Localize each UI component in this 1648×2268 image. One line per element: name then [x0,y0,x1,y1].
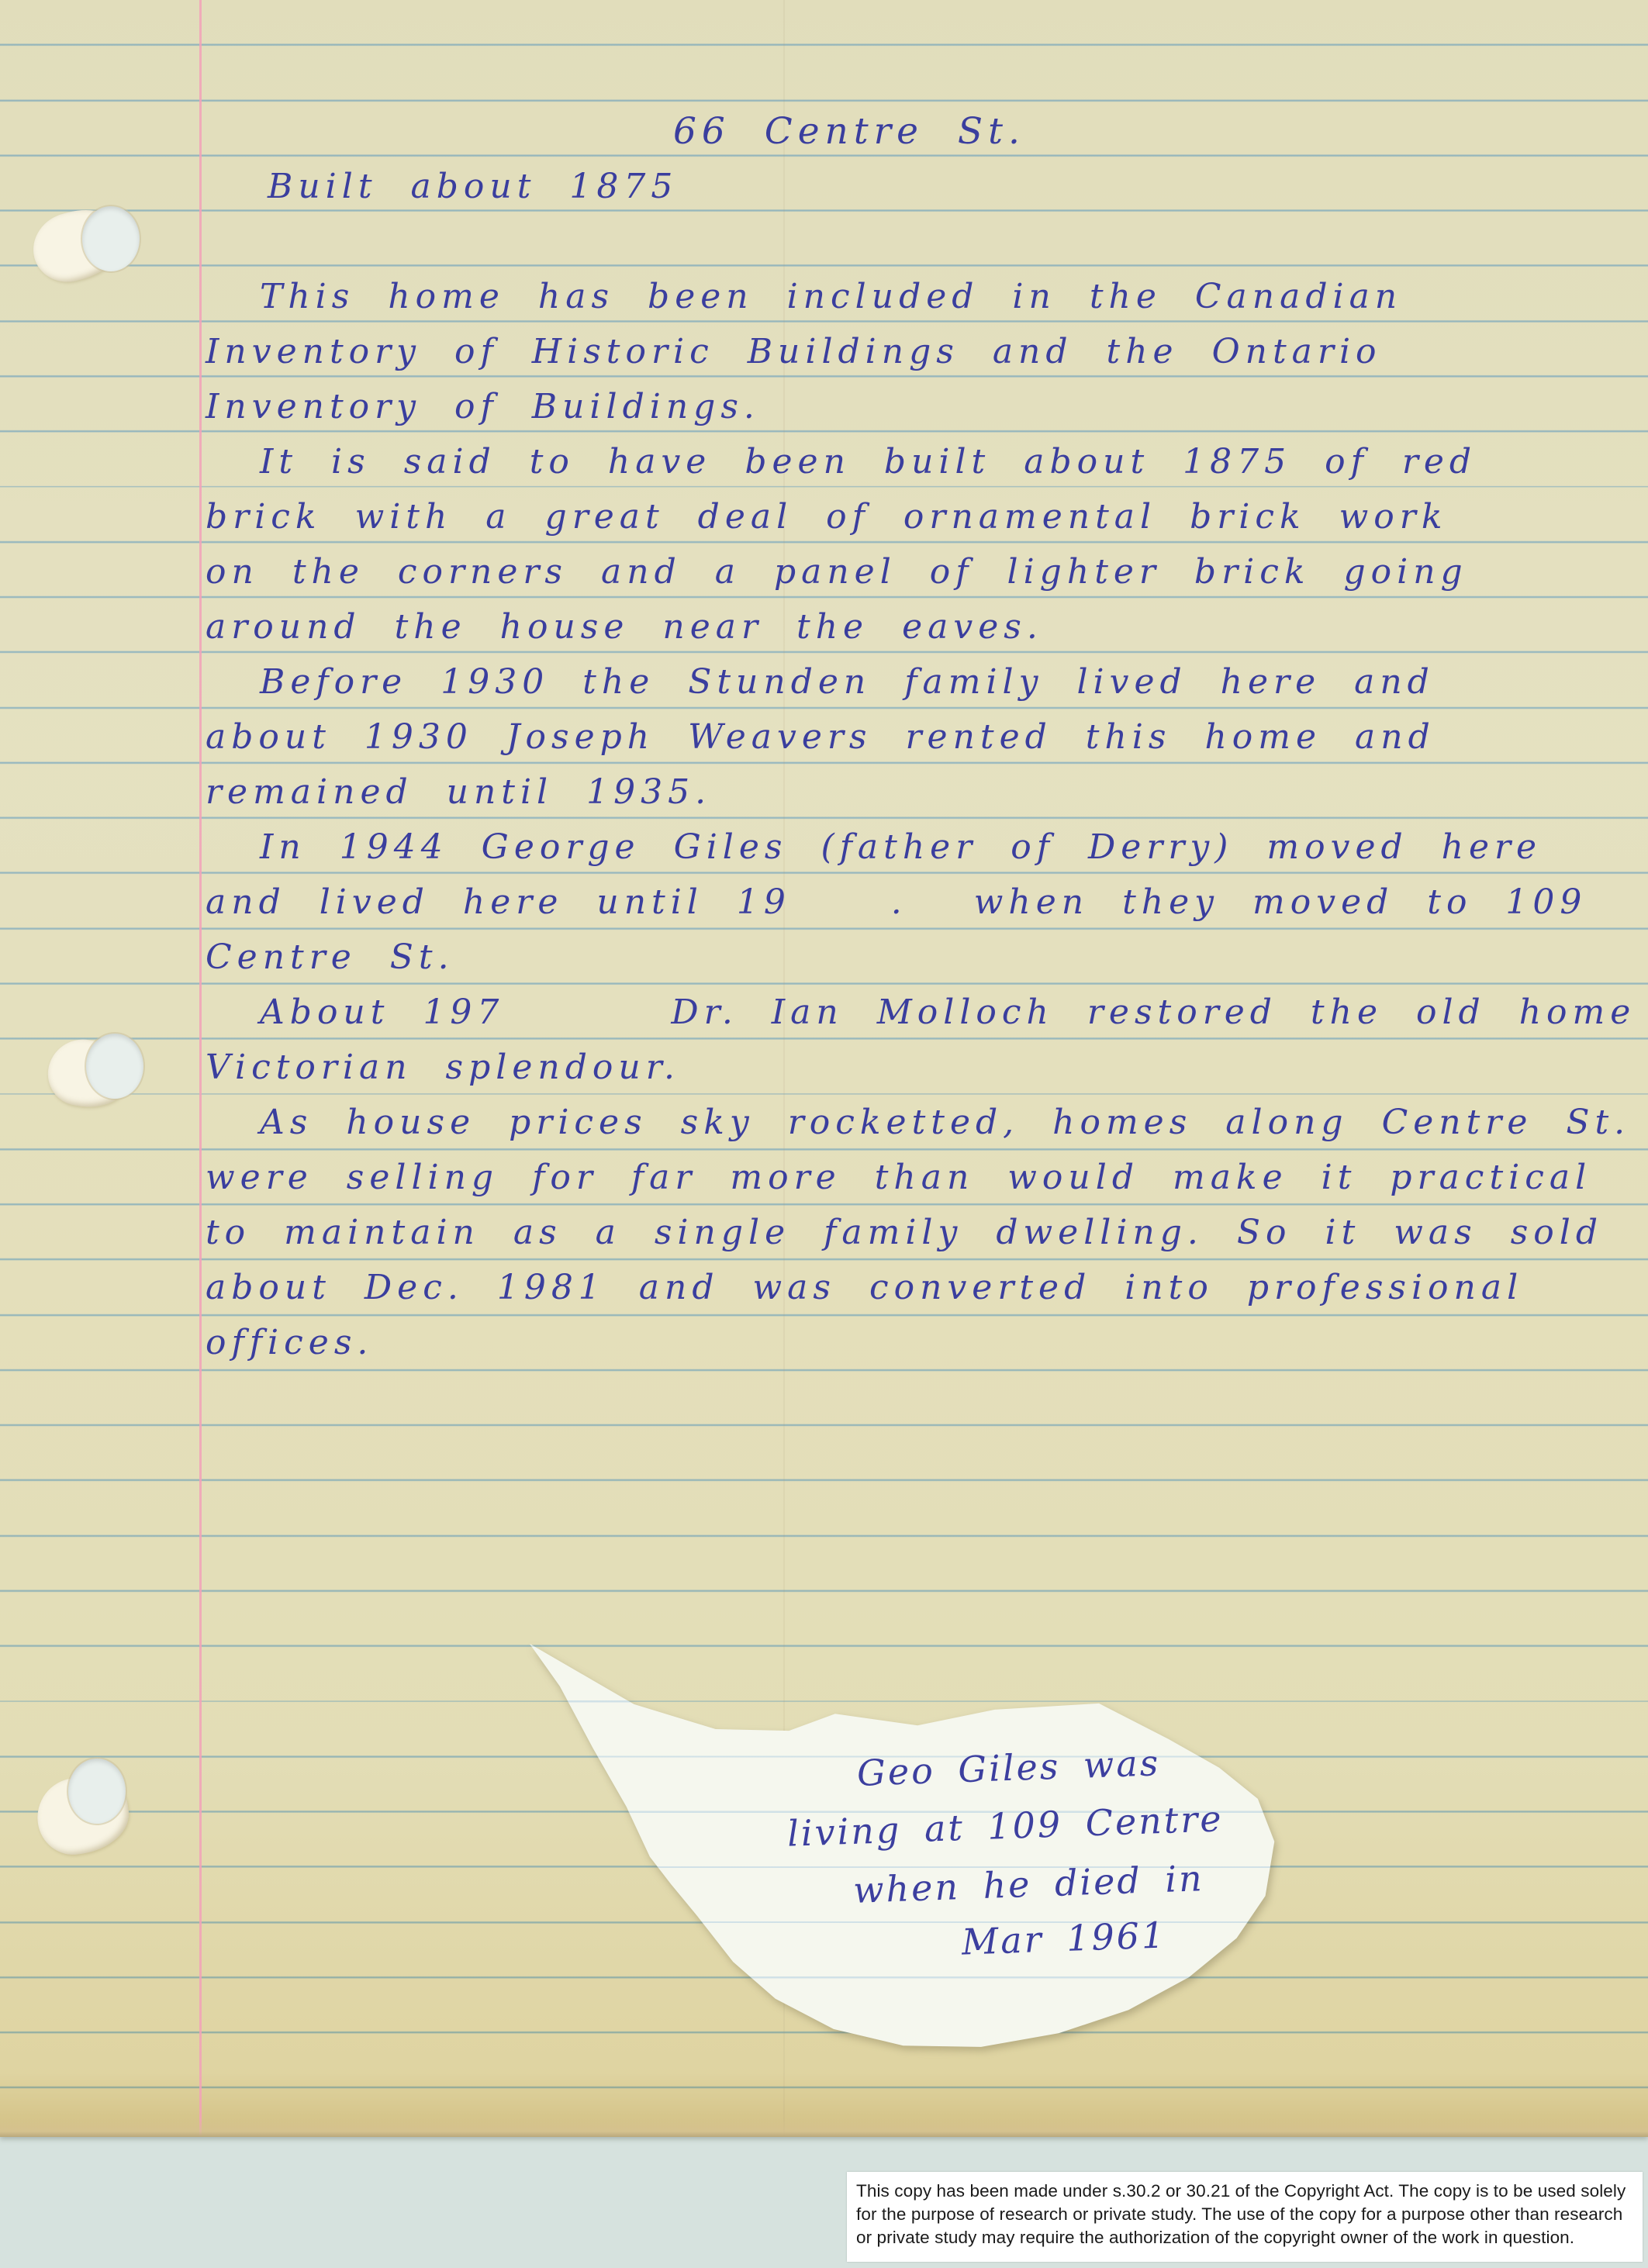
handwritten-line: About 197 Dr. Ian Molloch restored the o… [260,992,1648,1032]
handwritten-line: brick with a great deal of ornamental br… [206,497,1448,537]
handwritten-line: As house prices sky rocketted, homes alo… [260,1103,1630,1142]
copyright-line: This copy has been made under s.30.2 or … [856,2180,1633,2203]
handwritten-line: Before 1930 the Stunden family lived her… [260,662,1435,702]
handwritten-line: This home has been included in the Canad… [260,277,1402,316]
handwritten-line: around the house near the eaves. [206,607,1043,647]
handwritten-line: and lived here until 19 . when they move… [206,882,1587,922]
handwritten-line: Centre St. [206,937,454,977]
handwritten-line: about Dec. 1981 and was converted into p… [206,1268,1523,1307]
margin-rule-line [199,0,202,2137]
handwritten-line: about 1930 Joseph Weavers rented this ho… [206,717,1436,757]
handwritten-line: Inventory of Historic Buildings and the … [206,332,1382,371]
page-subtitle-built-date: Built about 1875 [268,167,678,206]
punch-hole [82,206,140,271]
handwritten-line: offices. [206,1323,373,1362]
handwritten-line: on the corners and a panel of lighter br… [206,552,1468,592]
copyright-notice: This copy has been made under s.30.2 or … [847,2172,1643,2262]
handwritten-line: Inventory of Buildings. [206,387,760,426]
handwritten-line: were selling for far more than would mak… [206,1158,1591,1197]
scrap-note-line: Mar 1961 [961,1914,1167,1962]
copyright-line: for the purpose of research or private s… [856,2203,1633,2226]
notebook-page: 66 Centre St. Built about 1875 This home… [0,0,1648,2137]
handwritten-line: In 1944 George Giles (father of Derry) m… [260,827,1542,867]
handwritten-line: Victorian splendour. [206,1048,680,1087]
copyright-line: or private study may require the authori… [856,2226,1633,2249]
punch-hole [68,1759,126,1824]
handwritten-line: It is said to have been built about 1875… [260,442,1477,482]
paper-bottom-edge [0,2118,1648,2137]
handwritten-line: remained until 1935. [206,772,711,812]
page-title-address: 66 Centre St. [673,110,1025,153]
handwritten-line: to maintain as a single family dwelling.… [206,1213,1603,1252]
punch-hole [86,1034,143,1099]
torn-paper-scrap: Geo Giles was living at 109 Centre when … [527,1640,1284,2055]
